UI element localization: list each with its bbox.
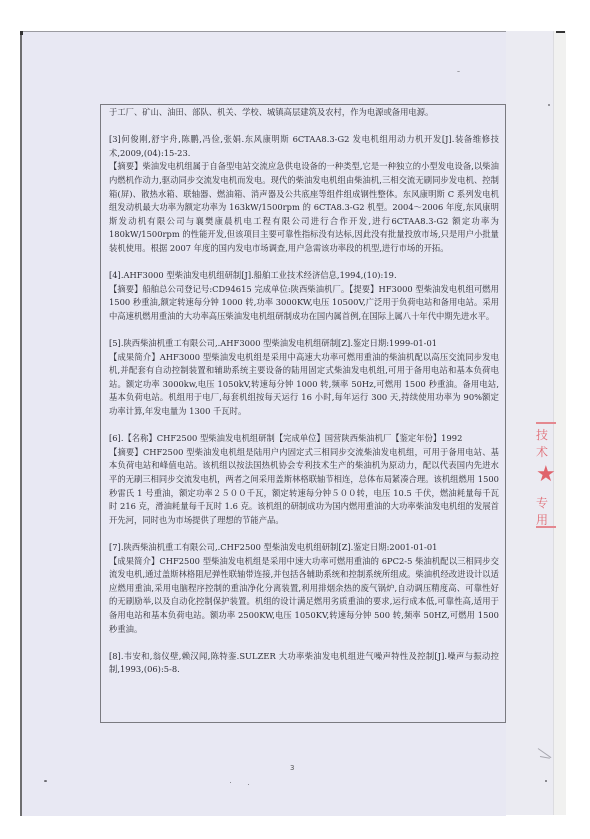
stamp-border-top: [536, 422, 556, 424]
reference-3: [3]何俊刚,舒宇舟,陈鹏,冯俭,张娟.东风康明斯 6CTAA8.3-G2 发电…: [109, 133, 499, 255]
reference-box: 于工厂、矿山、油田、部队、机关、学校、城镇高层建筑及农村，作为电源或备用电源。 …: [100, 104, 506, 723]
scan-speck: [248, 784, 249, 785]
reference-6: [6].【名称】CHF2500 型柴油发电机组研制【完成单位】国营陕西柴油机厂【…: [109, 432, 499, 527]
star-icon: ★: [536, 462, 556, 487]
stamp-text-bottom: 专用: [536, 494, 556, 528]
reference-5: [5].陕西柴油机重工有限公司,.AHF3000 型柴油发电机组研制[Z].鉴定…: [109, 337, 499, 419]
reference-abstract: 【摘要】柴油发电机组属于自备型电站交流应急供电设备的一种类型,它是一种独立的小型…: [109, 160, 499, 255]
scan-speck: [457, 71, 460, 72]
reference-4: [4].AHF3000 型柴油发电机组研制[J].船舶工业技术经济信息,1994…: [109, 269, 499, 323]
reference-citation: [6].【名称】CHF2500 型柴油发电机组研制【完成单位】国营陕西柴油机厂【…: [109, 432, 499, 446]
page-number: 3: [290, 764, 294, 772]
scan-speck: [44, 780, 47, 782]
scan-speck: [548, 104, 550, 106]
scan-speck: [545, 780, 547, 782]
reference-citation: [3]何俊刚,舒宇舟,陈鹏,冯俭,张娟.东风康明斯 6CTAA8.3-G2 发电…: [109, 133, 499, 160]
reference-7: [7].陕西柴油机重工有限公司,.CHF2500 型柴油发电机组研制[Z].鉴定…: [109, 541, 499, 636]
intro-line: 于工厂、矿山、油田、部队、机关、学校、城镇高层建筑及农村，作为电源或备用电源。: [109, 106, 499, 120]
scan-speck: [230, 782, 231, 783]
red-seal-stamp: 技术 ★ 专用: [536, 422, 556, 530]
reference-8: [8].韦安和,翁仪壁,赖汉闻,陈特銮.SULZER 大功率柴油发电机组进气噪声…: [109, 650, 499, 677]
stamp-text-top: 技术: [536, 426, 556, 460]
reference-citation: [8].韦安和,翁仪壁,赖汉闻,陈特銮.SULZER 大功率柴油发电机组进气噪声…: [109, 650, 499, 677]
stamp-border-bottom: [536, 526, 556, 528]
reference-abstract: 【摘要】CHF2500 型柴油发电机组是陆用户内固定式三相同步交流柴油发电机组，…: [109, 446, 499, 528]
reference-citation: [7].陕西柴油机重工有限公司,.CHF2500 型柴油发电机组研制[Z].鉴定…: [109, 541, 499, 555]
scan-corner-mark: [556, 31, 565, 33]
reference-abstract: 【成果简介】AHF3000 型柴油发电机组是采用中高速大功率可燃用重油的柴油机配…: [109, 351, 499, 419]
reference-citation: [5].陕西柴油机重工有限公司,.AHF3000 型柴油发电机组研制[Z].鉴定…: [109, 337, 499, 351]
reference-abstract: 【摘要】船舶总公司登记号:CD94615 完成单位:陕西柴油机厂。【提要】HF3…: [109, 283, 499, 324]
reference-abstract: 【成果简介】CHF2500 型柴油发电机组是采用中速大功率可燃用重油的 6PC2…: [109, 555, 499, 637]
scan-corner-mark: [20, 31, 23, 35]
reference-citation: [4].AHF3000 型柴油发电机组研制[J].船舶工业技术经济信息,1994…: [109, 269, 499, 283]
